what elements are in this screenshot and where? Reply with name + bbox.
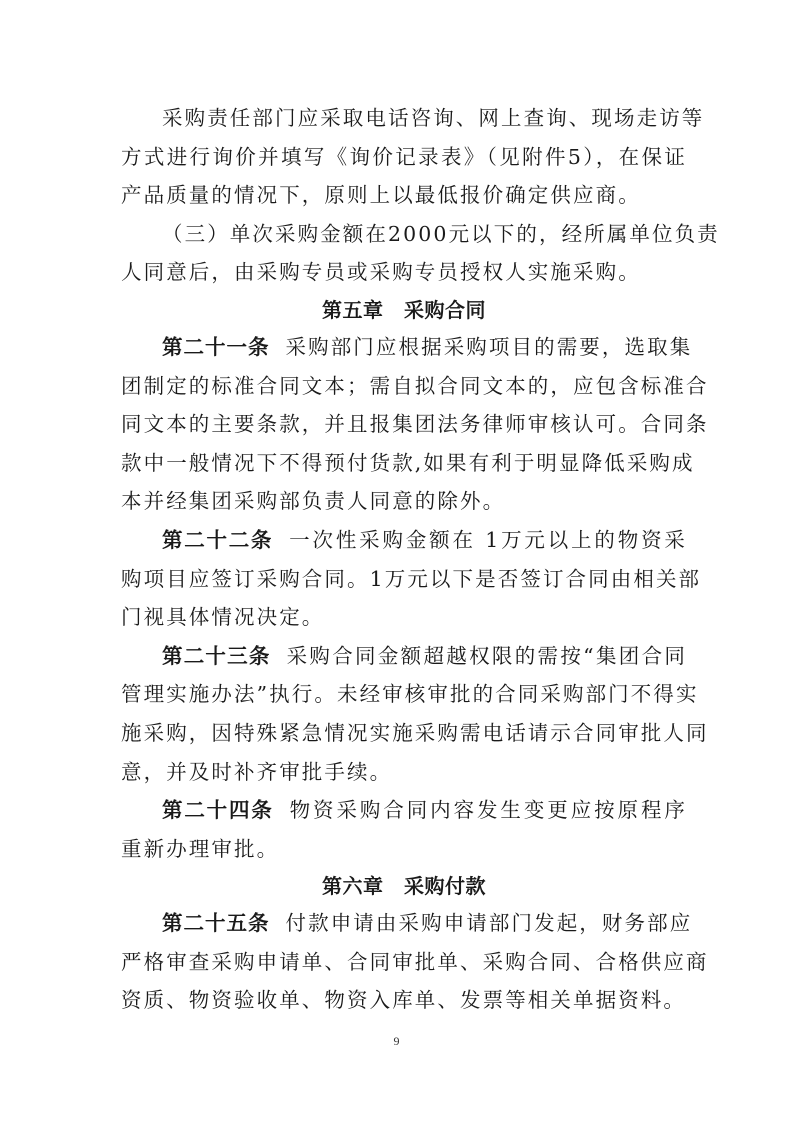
paragraph-line: 购项目应签订采购合同。1万元以下是否签订合同由相关部 <box>121 560 687 599</box>
page-number: 9 <box>0 1034 793 1049</box>
paragraph-line: 同文本的主要条款，并且报集团法务律师审核认可。合同条 <box>121 405 687 444</box>
page-content: 采购责任部门应采取电话咨询、网上查询、现场走访等 方式进行询价并填写《询价记录表… <box>121 99 687 1020</box>
chapter-heading: 第五章 采购合同 <box>121 292 687 328</box>
paragraph-line: 采购责任部门应采取电话咨询、网上查询、现场走访等 <box>121 99 687 138</box>
paragraph-line: 重新办理审批。 <box>121 830 687 869</box>
article-text: 一次性采购金额在 1万元以上的物资采 <box>289 528 687 552</box>
paragraph-line: 严格审查采购申请单、合同审批单、采购合同、合格供应商 <box>121 943 687 982</box>
article-label: 第二十四条 <box>162 798 274 822</box>
paragraph-line: 施采购，因特殊紧急情况实施采购需电话请示合同审批人同 <box>121 714 687 753</box>
article-first-line: 第二十二条一次性采购金额在 1万元以上的物资采 <box>121 521 687 560</box>
paragraph-line: 意，并及时补齐审批手续。 <box>121 753 687 792</box>
paragraph-line: 款中一般情况下不得预付货款,如果有利于明显降低采购成 <box>121 444 687 483</box>
chapter-heading: 第六章 采购付款 <box>121 868 687 904</box>
paragraph-line: 人同意后，由采购专员或采购专员授权人实施采购。 <box>121 253 687 292</box>
article-first-line: 第二十五条付款申请由采购申请部门发起，财务部应 <box>121 904 687 943</box>
paragraph-line: 方式进行询价并填写《询价记录表》（见附件5），在保证 <box>121 138 687 177</box>
article-text: 采购合同金额超越权限的需按“集团合同 <box>287 644 687 668</box>
article-label: 第二十二条 <box>162 528 273 552</box>
article-text: 付款申请由采购申请部门发起，财务部应 <box>286 911 693 935</box>
article-label: 第二十一条 <box>162 335 270 359</box>
article-text: 采购部门应根据采购项目的需要，选取集 <box>286 335 693 359</box>
paragraph-line: 团制定的标准合同文本；需自拟合同文本的，应包含标准合 <box>121 367 687 406</box>
article-label: 第二十三条 <box>162 644 271 668</box>
article-first-line: 第二十四条物资采购合同内容发生变更应按原程序 <box>121 791 687 830</box>
document-page: 采购责任部门应采取电话咨询、网上查询、现场走访等 方式进行询价并填写《询价记录表… <box>0 0 793 1122</box>
paragraph-line: 本并经集团采购部负责人同意的除外。 <box>121 482 687 521</box>
paragraph-line: 资质、物资验收单、物资入库单、发票等相关单据资料。 <box>121 981 687 1020</box>
article-label: 第二十五条 <box>162 911 270 935</box>
paragraph-line: 产品质量的情况下，原则上以最低报价确定供应商。 <box>121 176 687 215</box>
paragraph-line: （三）单次采购金额在2000元以下的，经所属单位负责 <box>121 215 687 254</box>
article-first-line: 第二十一条采购部门应根据采购项目的需要，选取集 <box>121 328 687 367</box>
article-text: 物资采购合同内容发生变更应按原程序 <box>290 798 687 822</box>
article-first-line: 第二十三条采购合同金额超越权限的需按“集团合同 <box>121 637 687 676</box>
paragraph-line: 门视具体情况决定。 <box>121 598 687 637</box>
paragraph-line: 管理实施办法”执行。未经审核审批的合同采购部门不得实 <box>121 675 687 714</box>
